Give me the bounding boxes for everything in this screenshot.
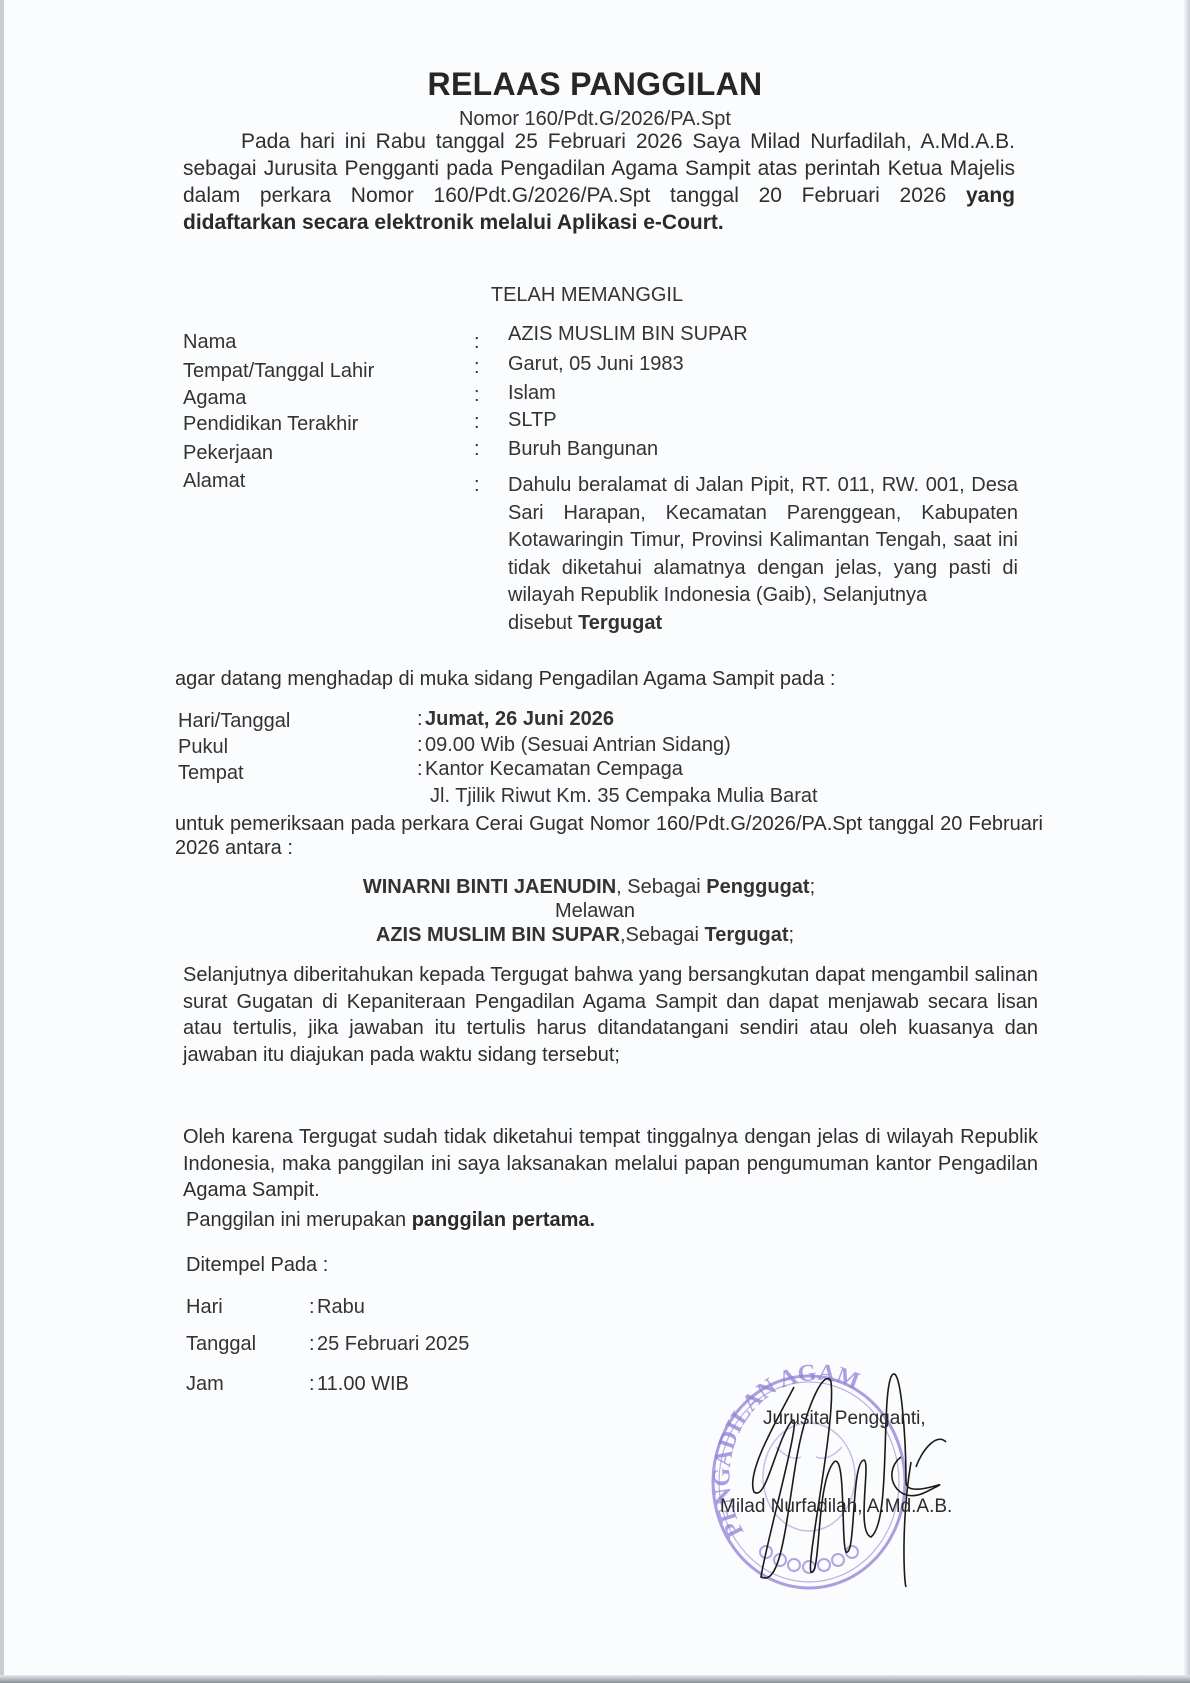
field-label: Tempat/Tanggal Lahir	[183, 360, 374, 383]
handwritten-signature-icon	[706, 1362, 1046, 1592]
field-label: Pekerjaan	[183, 442, 273, 465]
field-colon: :	[474, 474, 480, 497]
panggilan-prefix: Panggilan ini merupakan	[186, 1209, 412, 1231]
tergugat-sebagai: ,Sebagai	[620, 924, 705, 946]
tergugat-line: AZIS MUSLIM BIN SUPAR,Sebagai Tergugat;	[0, 924, 1180, 947]
untuk-pemeriksaan-text: untuk pemeriksaan pada perkara Cerai Gug…	[175, 812, 1043, 860]
signature-block: PENGADILAN AGAMA	[706, 1362, 1046, 1592]
field-colon: :	[474, 356, 480, 379]
page-edge-bottom	[0, 1675, 1190, 1683]
field-colon: :	[474, 384, 480, 407]
hearing-date: Jumat, 26 Juni 2026	[425, 708, 614, 731]
posting-date: 25 Februari 2025	[317, 1333, 469, 1356]
posting-time: 11.00 WIB	[317, 1373, 409, 1396]
page-edge-left	[0, 0, 4, 1683]
page-edge-right	[1184, 0, 1190, 1683]
schedule-colon: :	[417, 758, 423, 781]
field-value: Buruh Bangunan	[508, 438, 658, 461]
schedule-label: Pukul	[178, 736, 228, 759]
melawan-text: Melawan	[0, 900, 1190, 923]
agar-datang-text: agar datang menghadap di muka sidang Pen…	[175, 666, 835, 693]
hearing-place: Kantor Kecamatan Cempaga	[425, 758, 683, 781]
posting-colon: :	[309, 1373, 315, 1396]
penggugat-name: WINARNI BINTI JAENUDIN	[363, 876, 616, 898]
schedule-label: Hari/Tanggal	[178, 710, 290, 733]
penggugat-role: Penggugat	[706, 876, 809, 898]
signature-name: Milad Nurfadilah, A.Md.A.B.	[720, 1496, 952, 1518]
panggilan-text: Panggilan ini merupakan panggilan pertam…	[186, 1207, 595, 1234]
tergugat-role: Tergugat	[704, 924, 788, 946]
penggugat-sebagai: , Sebagai	[616, 876, 706, 898]
address-tail-prefix: disebut	[508, 612, 578, 634]
posting-label: Hari	[186, 1296, 223, 1319]
schedule-label: Tempat	[178, 762, 244, 785]
gaib-paragraph: Oleh karena Tergugat sudah tidak diketah…	[183, 1124, 1038, 1204]
posting-label: Tanggal	[186, 1333, 256, 1356]
posting-label: Jam	[186, 1373, 224, 1396]
ditempel-heading: Ditempel Pada :	[186, 1252, 328, 1279]
signature-title: Jurusita Pengganti,	[763, 1408, 926, 1430]
hearing-time: 09.00 Wib (Sesuai Antrian Sidang)	[425, 734, 731, 757]
field-value: SLTP	[508, 409, 557, 432]
schedule-colon: :	[417, 708, 423, 731]
intro-paragraph: Pada hari ini Rabu tanggal 25 Februari 2…	[183, 128, 1015, 236]
tergugat-name: AZIS MUSLIM BIN SUPAR	[376, 924, 620, 946]
panggilan-bold: panggilan pertama.	[412, 1209, 595, 1231]
field-colon: :	[474, 331, 480, 354]
field-colon: :	[474, 438, 480, 461]
field-label: Alamat	[183, 470, 245, 493]
telah-memanggil-heading: TELAH MEMANGGIL	[0, 284, 1182, 307]
field-label: Pendidikan Terakhir	[183, 413, 358, 436]
posting-colon: :	[309, 1296, 315, 1319]
intro-text: Pada hari ini Rabu tanggal 25 Februari 2…	[183, 130, 1015, 207]
field-value: Garut, 05 Juni 1983	[508, 353, 684, 376]
field-value: Islam	[508, 382, 556, 405]
field-label: Agama	[183, 387, 246, 410]
posting-day: Rabu	[317, 1296, 365, 1319]
document-title: RELAAS PANGGILAN	[0, 66, 1190, 103]
penggugat-line: WINARNI BINTI JAENUDIN, Sebagai Pengguga…	[0, 876, 1184, 899]
address-text: Dahulu beralamat di Jalan Pipit, RT. 011…	[508, 472, 1018, 610]
posting-colon: :	[309, 1333, 315, 1356]
penggugat-end: ;	[810, 876, 816, 898]
address-value: Dahulu beralamat di Jalan Pipit, RT. 011…	[508, 472, 1018, 638]
tergugat-end: ;	[789, 924, 795, 946]
field-label: Nama	[183, 331, 236, 354]
salinan-paragraph: Selanjutnya diberitahukan kepada Terguga…	[183, 962, 1038, 1068]
schedule-colon: :	[417, 734, 423, 757]
hearing-place-address: Jl. Tjilik Riwut Km. 35 Cempaka Mulia Ba…	[430, 785, 818, 808]
field-value: AZIS MUSLIM BIN SUPAR	[508, 323, 748, 346]
address-tail: disebut Tergugat	[508, 610, 1018, 638]
field-colon: :	[474, 411, 480, 434]
tergugat-label: Tergugat	[578, 612, 662, 634]
